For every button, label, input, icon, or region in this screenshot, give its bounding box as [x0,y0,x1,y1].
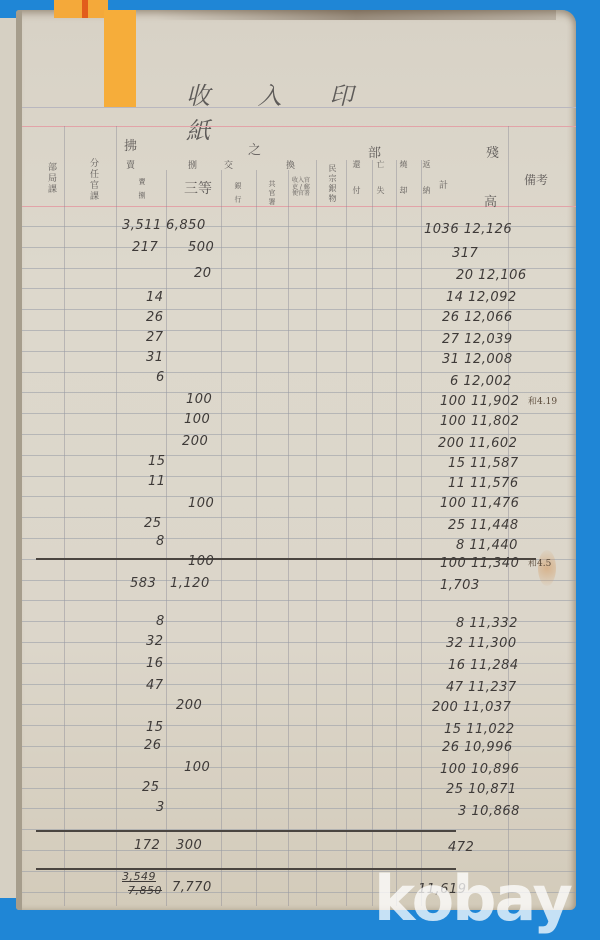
header-group-char: 拂 [124,140,137,153]
column-divider [64,126,65,906]
cell-sales-count: 11 [148,474,166,489]
cell-sales-amount: 100 [188,496,214,511]
cell-balance: 100 10,896 [440,762,519,777]
cell-balance: 25 11,448 [448,518,519,533]
cell-balance: 1036 12,126 [424,222,512,237]
cell-sales-count: 25 [144,516,162,531]
ruled-line [22,580,576,581]
cell-balance: 100 11,802 [440,414,519,429]
grand-total-count-struck: 7,850 [128,884,162,897]
header-refund: 還付 [352,160,360,212]
ruled-line [22,372,576,373]
header-sales: 捌 [188,162,197,171]
header-burned: 燒却 [399,160,407,212]
cell-balance: 25 10,871 [446,782,517,797]
cell-balance: 16 11,284 [448,658,519,673]
cell-sales-amount: 100 [188,554,214,569]
cell-sales-amount: 200 [176,698,202,713]
cell-sales-count: 6 [156,370,165,385]
cell-balance: 3 10,868 [458,804,520,819]
cell-sales-count: 25 [142,780,160,795]
remark-note: 和4.19 [528,394,557,407]
cell-balance: 8 11,440 [456,538,518,553]
cell-sales-count: 8 [156,534,165,549]
cell-balance: 32 11,300 [446,636,517,651]
header-total: 計 [439,182,448,191]
cell-sales-count: 27 [146,330,164,345]
header-exchange: 交 [224,162,233,171]
ruled-line [22,850,576,851]
subtotal-balance: 1,703 [440,578,480,593]
page-binding [16,10,22,910]
header-sub-three: 三等 [184,182,212,196]
cell-balance: 14 12,092 [446,290,517,305]
cell-sales-count: 3,511 [122,218,162,233]
subtotal-line [36,830,456,832]
column-divider [116,126,117,906]
cell-sales-count: 26 [146,310,164,325]
column-divider [346,160,347,906]
header-returned: 返納 [422,160,430,212]
header-sales: 賣 [126,162,135,171]
cell-balance: 11 11,576 [448,476,519,491]
header-group-char: 之 [248,144,261,157]
cell-sales-count: 15 [146,720,164,735]
header-bureau: 部局課 [46,162,55,195]
header-top-rule [22,126,576,127]
cell-sales-count: 217 [132,240,158,255]
cell-balance: 100 11,340 [440,556,519,571]
header-sub-foreign: 民宗銀物 [328,164,336,204]
page-top-wear [156,10,556,20]
header-remarks: 備考 [524,174,548,186]
cell-balance: 100 11,902 [440,394,519,409]
cell-balance: 100 11,476 [440,496,519,511]
cell-sales-amount: 100 [184,760,210,775]
bookmark-tab-top [54,0,108,18]
ruled-line [22,600,576,601]
cell-sales-count: 16 [146,656,164,671]
header-balance: 高 [484,196,497,209]
header-sub-misc: 收入官吏 / 郵便官署 [292,178,314,198]
cell-balance: 47 11,237 [446,680,517,695]
column-divider [421,160,422,906]
column-divider [396,160,397,906]
cell-balance: 200 11,602 [438,436,517,451]
subtotal-sales-count: 172 [134,838,160,853]
page-title: 收 入 印 紙 [186,76,406,146]
subtotal-sales-amount: 300 [176,838,202,853]
cell-sales-amount: 100 [184,412,210,427]
ruled-line [22,247,576,248]
header-lost: 亡失 [376,160,384,212]
cell-balance: 31 12,008 [442,352,513,367]
cell-balance: 26 10,996 [442,740,513,755]
subtotal-sales-amount: 1,120 [170,576,210,591]
header-branch: 分任官課 [88,158,97,202]
header-group-char: 部 [368,147,381,160]
cell-sales-count: 8 [156,614,165,629]
column-divider [372,160,373,906]
ruled-line [22,330,576,331]
cell-sales-count: 32 [146,634,164,649]
cell-sales-count: 3 [156,800,165,815]
cell-balance: 27 12,039 [442,332,513,347]
cell-sales-amount: 200 [182,434,208,449]
cell-balance: 317 [452,246,478,261]
grand-total-amount: 7,770 [172,880,212,895]
subtotal-sales-count: 583 [130,576,156,591]
cell-balance: 8 11,332 [456,616,518,631]
column-divider [316,160,317,906]
cell-sales-count: 26 [144,738,162,753]
cell-balance: 200 11,037 [432,700,511,715]
cell-sales-count: 14 [146,290,164,305]
watermark-logo: kobay [374,862,571,935]
title-rule [22,107,576,108]
cell-sales-amount: 100 [186,392,212,407]
header-sub-other: 共官署 [268,180,275,207]
grand-total-count: 3,549 [122,870,156,883]
header-group-char: 殘 [486,147,499,160]
bookmark-strip [104,10,136,107]
cell-sales-amount: 20 [194,266,212,281]
cell-sales-amount: 6,850 [166,218,206,233]
cell-balance: 15 11,587 [448,456,519,471]
cell-balance: 26 12,066 [442,310,513,325]
cell-sales-count: 47 [146,678,164,693]
header-exchange: 換 [286,162,295,171]
subtotal-balance: 472 [448,840,474,855]
ledger-page: 收 入 印 紙 拂 之 部 殘 部局課 分任官課 賣 捌 交 換 賣 捌 三等 … [16,10,576,910]
cell-balance: 15 11,022 [444,722,515,737]
header-sub-retail: 賣 捌 [138,178,145,200]
cell-sales-amount: 500 [188,240,214,255]
ruled-line [22,434,576,435]
cell-sales-count: 31 [146,350,164,365]
cell-balance: 6 12,002 [450,374,512,389]
header-sub-bank: 銀 行 [234,182,241,204]
cell-balance: 20 12,106 [456,268,527,283]
cell-sales-count: 15 [148,454,166,469]
remark-note: 和4.5 [528,556,551,569]
